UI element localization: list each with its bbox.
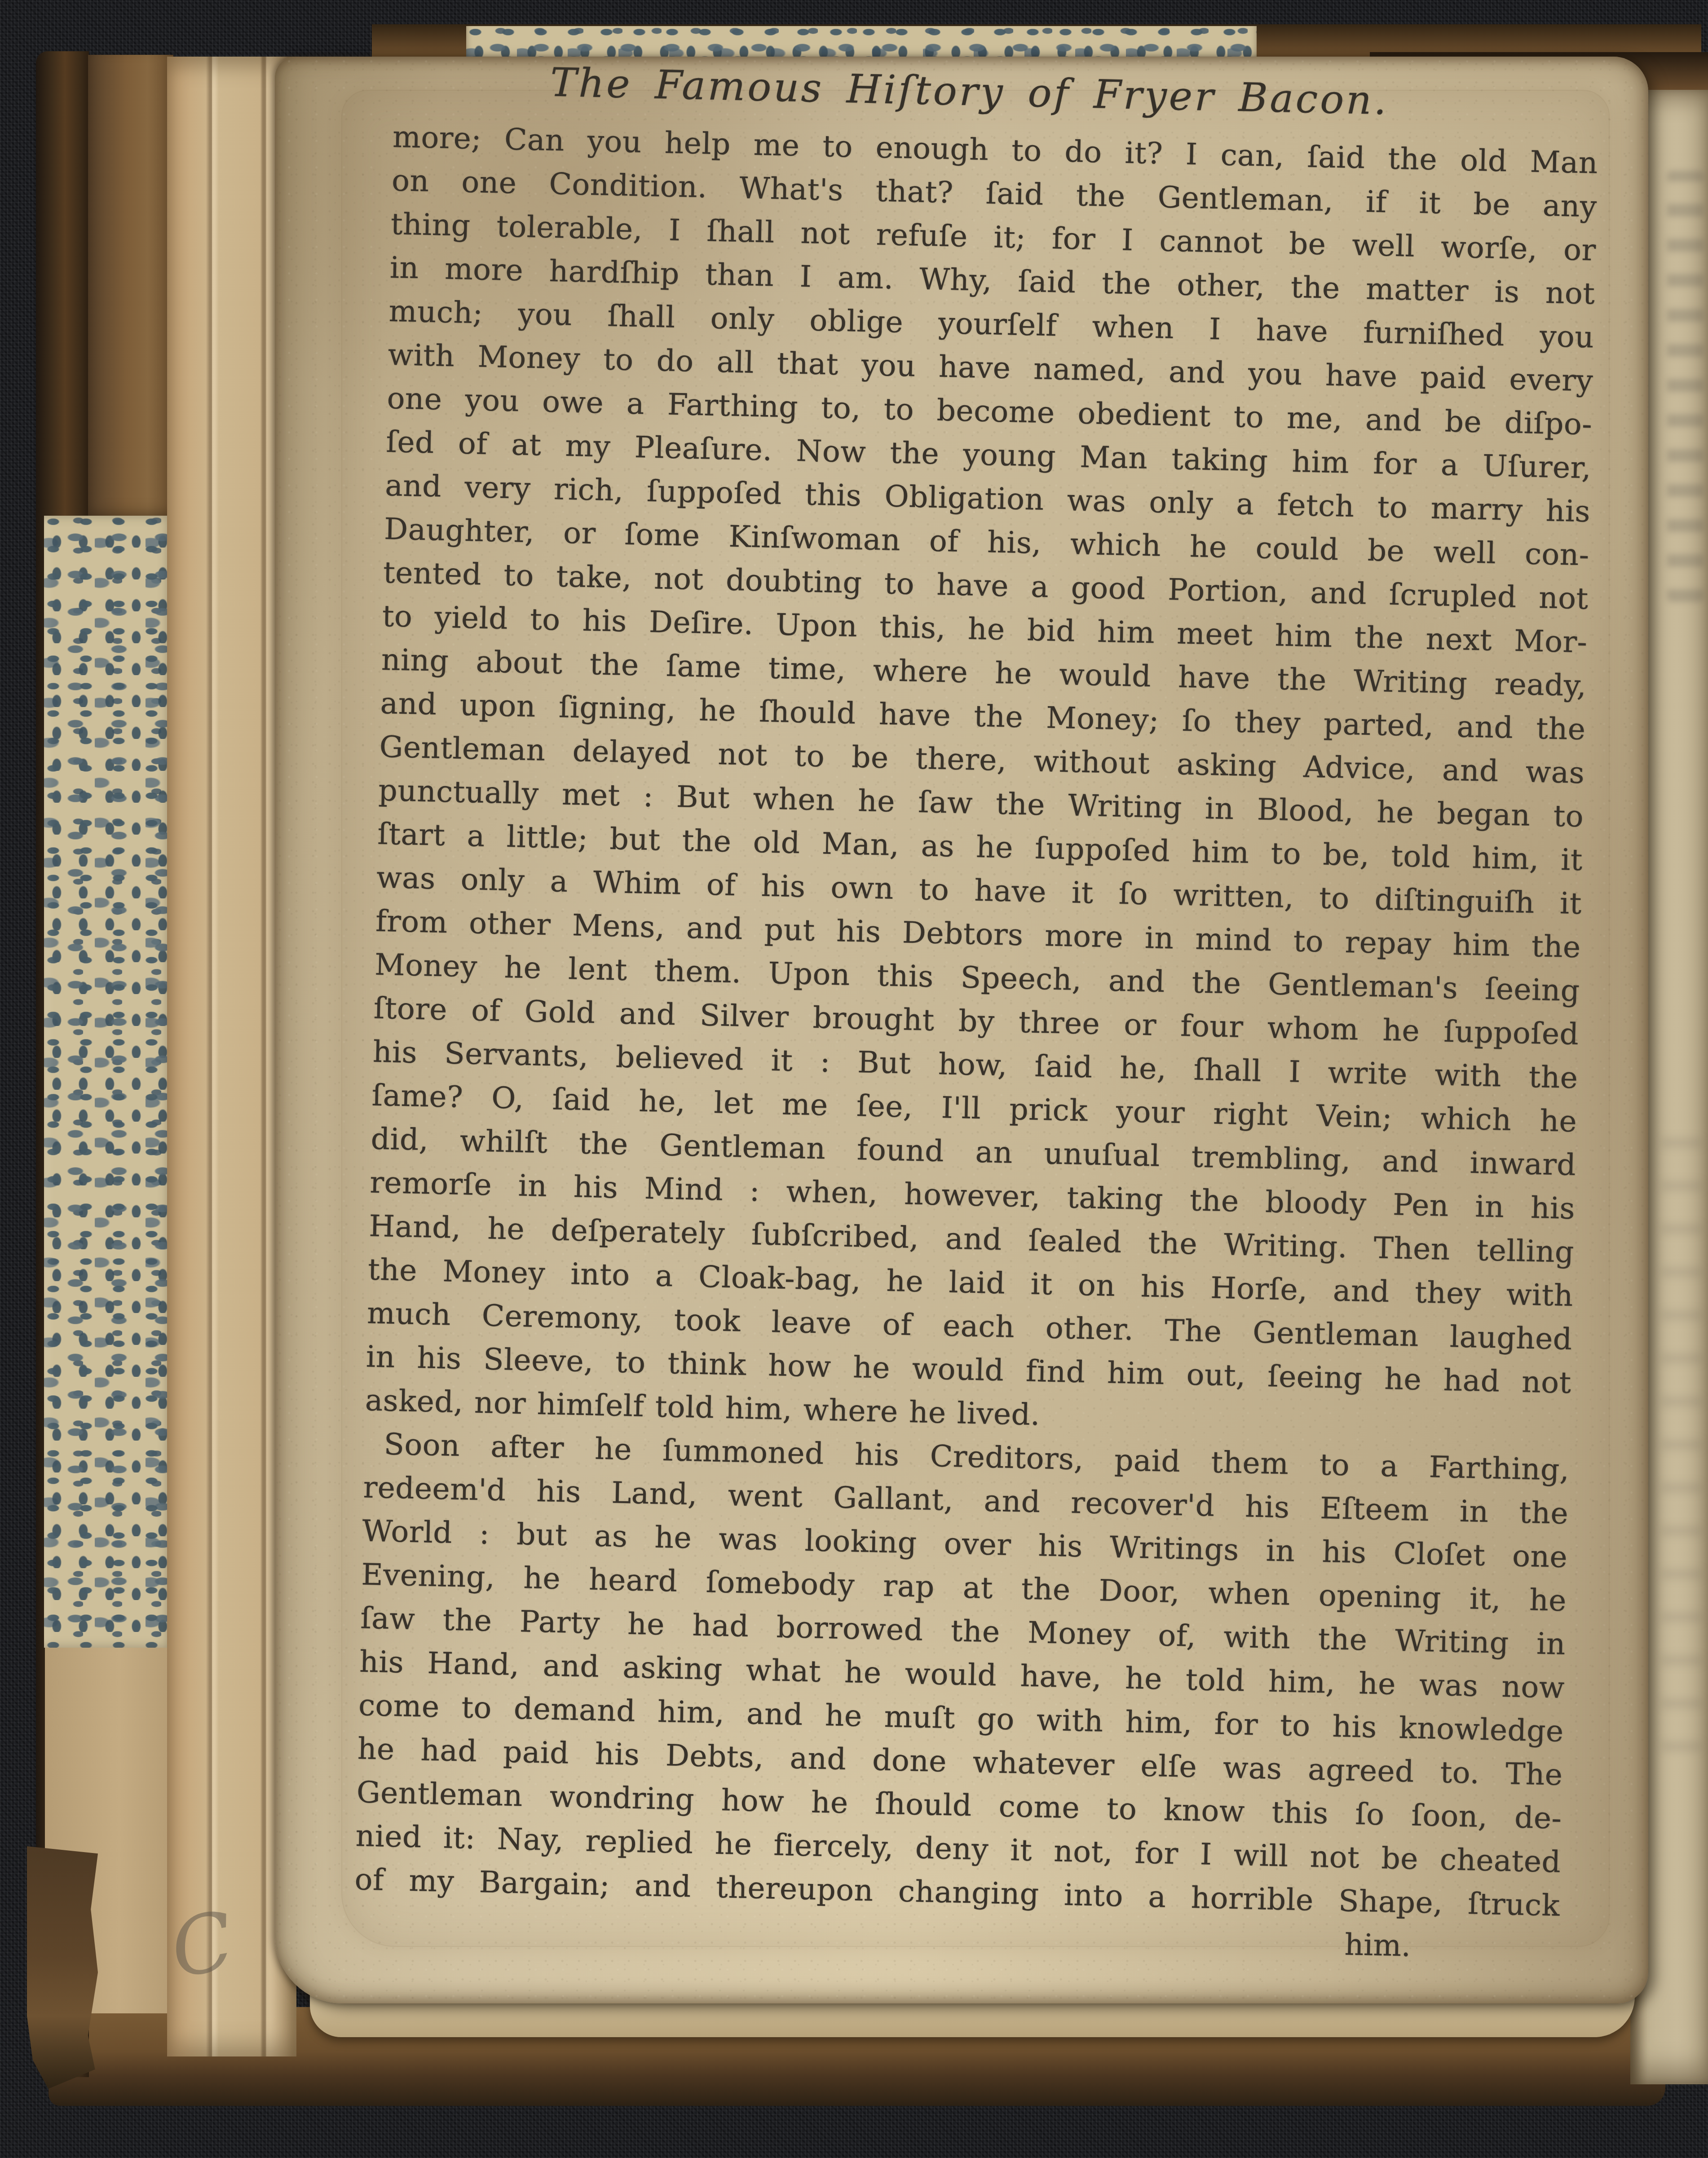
fore-edge-showthrough (1667, 171, 1704, 602)
fore-edge-showthrough-lower (1662, 1123, 1702, 1752)
photo-background: C The Famous Hiſtory of Fryer Bacon. mor… (0, 0, 1708, 2158)
page-text: The Famous Hiſtory of Fryer Bacon. more;… (353, 61, 1600, 1971)
marbled-endpaper-strip (44, 516, 174, 1648)
left-bottom-leather-corner (27, 1846, 98, 2089)
body-lines: more; Can you help me to enough to do it… (354, 115, 1598, 1928)
left-leather-strip (88, 55, 173, 522)
